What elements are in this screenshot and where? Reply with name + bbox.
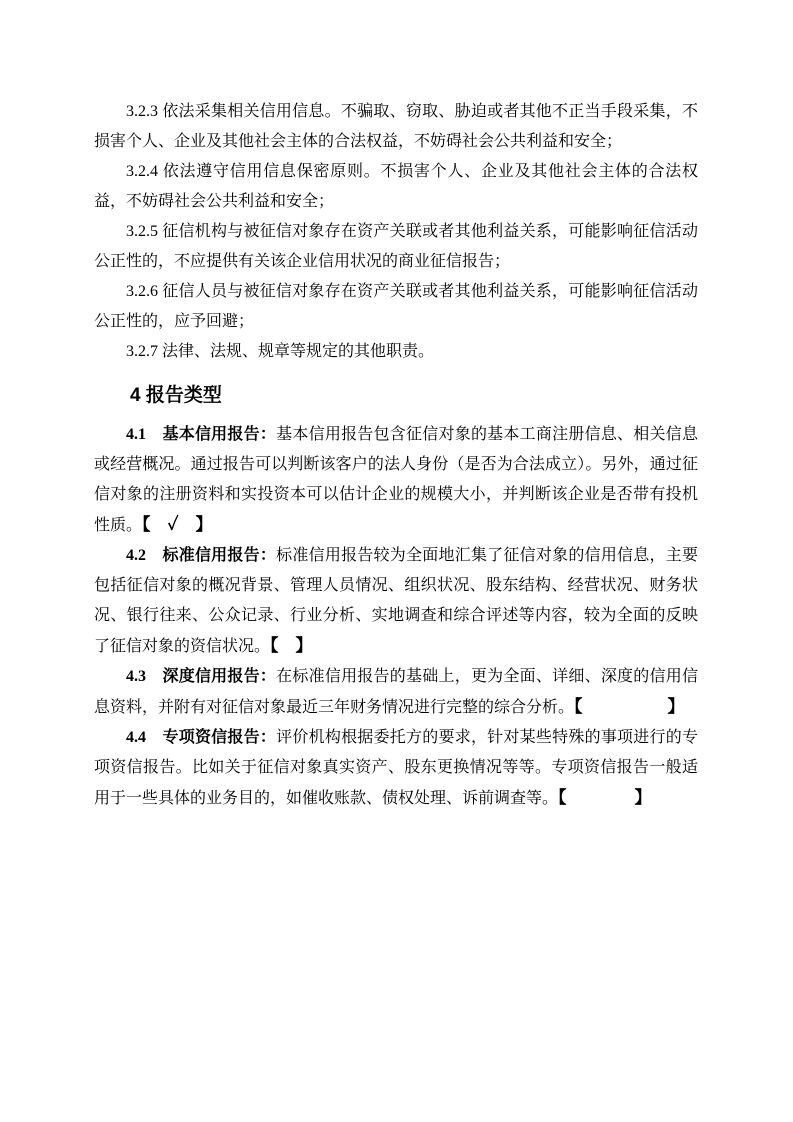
report-type-4-3-label: 4.3 深度信用报告： — [126, 668, 276, 685]
checkbox-bracket-empty: 【 】 — [574, 697, 685, 716]
paragraph-text: 3.2.6 征信人员与被征信对象存在资产关联或者其他利益关系，可能影响征信活动公… — [94, 283, 698, 330]
paragraph-text: 3.2.7 法律、法规、规章等规定的其他职责。 — [126, 343, 434, 360]
paragraph-4-4: 4.4 专项资信报告：评价机构根据委托方的要求，针对某些特殊的事项进行的专项资信… — [94, 723, 698, 814]
section-4-heading-text: 4 报告类型 — [130, 385, 222, 406]
paragraph-text: 3.2.5 征信机构与被征信对象存在资产关联或者其他利益关系，可能影响征信活动公… — [94, 223, 698, 270]
paragraph-3-2-5: 3.2.5 征信机构与被征信对象存在资产关联或者其他利益关系，可能影响征信活动公… — [94, 217, 698, 277]
section-4-heading: 4 报告类型 — [94, 381, 698, 411]
paragraph-text: 3.2.4 依法遵守信用信息保密原则。不损害个人、企业及其他社会主体的合法权益，… — [94, 163, 698, 210]
paragraph-3-2-4: 3.2.4 依法遵守信用信息保密原则。不损害个人、企业及其他社会主体的合法权益，… — [94, 157, 698, 217]
paragraph-4-1: 4.1 基本信用报告：基本信用报告包含征信对象的基本工商注册信息、相关信息或经营… — [94, 420, 698, 541]
report-type-4-1-label: 4.1 基本信用报告： — [126, 426, 276, 443]
paragraph-4-2: 4.2 标准信用报告：标准信用报告较为全面地汇集了征信对象的信用信息，主要包括征… — [94, 541, 698, 662]
paragraph-3-2-3: 3.2.3 依法采集相关信用信息。不骗取、窃取、胁迫或者其他不正当手段采集，不损… — [94, 97, 698, 157]
document-page: 3.2.3 依法采集相关信用信息。不骗取、窃取、胁迫或者其他不正当手段采集，不损… — [0, 0, 793, 1122]
checkbox-bracket-empty: 【 】 — [270, 636, 313, 655]
report-type-4-2-label: 4.2 标准信用报告： — [126, 547, 276, 564]
paragraph-3-2-6: 3.2.6 征信人员与被征信对象存在资产关联或者其他利益关系，可能影响征信活动公… — [94, 277, 698, 337]
report-type-4-4-label: 4.4 专项资信报告： — [126, 729, 276, 746]
paragraph-3-2-7: 3.2.7 法律、法规、规章等规定的其他职责。 — [94, 337, 698, 367]
paragraph-4-3: 4.3 深度信用报告：在标准信用报告的基础上，更为全面、详细、深度的信用信息资料… — [94, 662, 698, 723]
paragraph-text: 3.2.3 依法采集相关信用信息。不骗取、窃取、胁迫或者其他不正当手段采集，不损… — [94, 103, 698, 150]
checkbox-bracket-checked: 【 ✓ 】 — [142, 515, 212, 534]
checkbox-bracket-empty: 【 】 — [558, 788, 652, 807]
